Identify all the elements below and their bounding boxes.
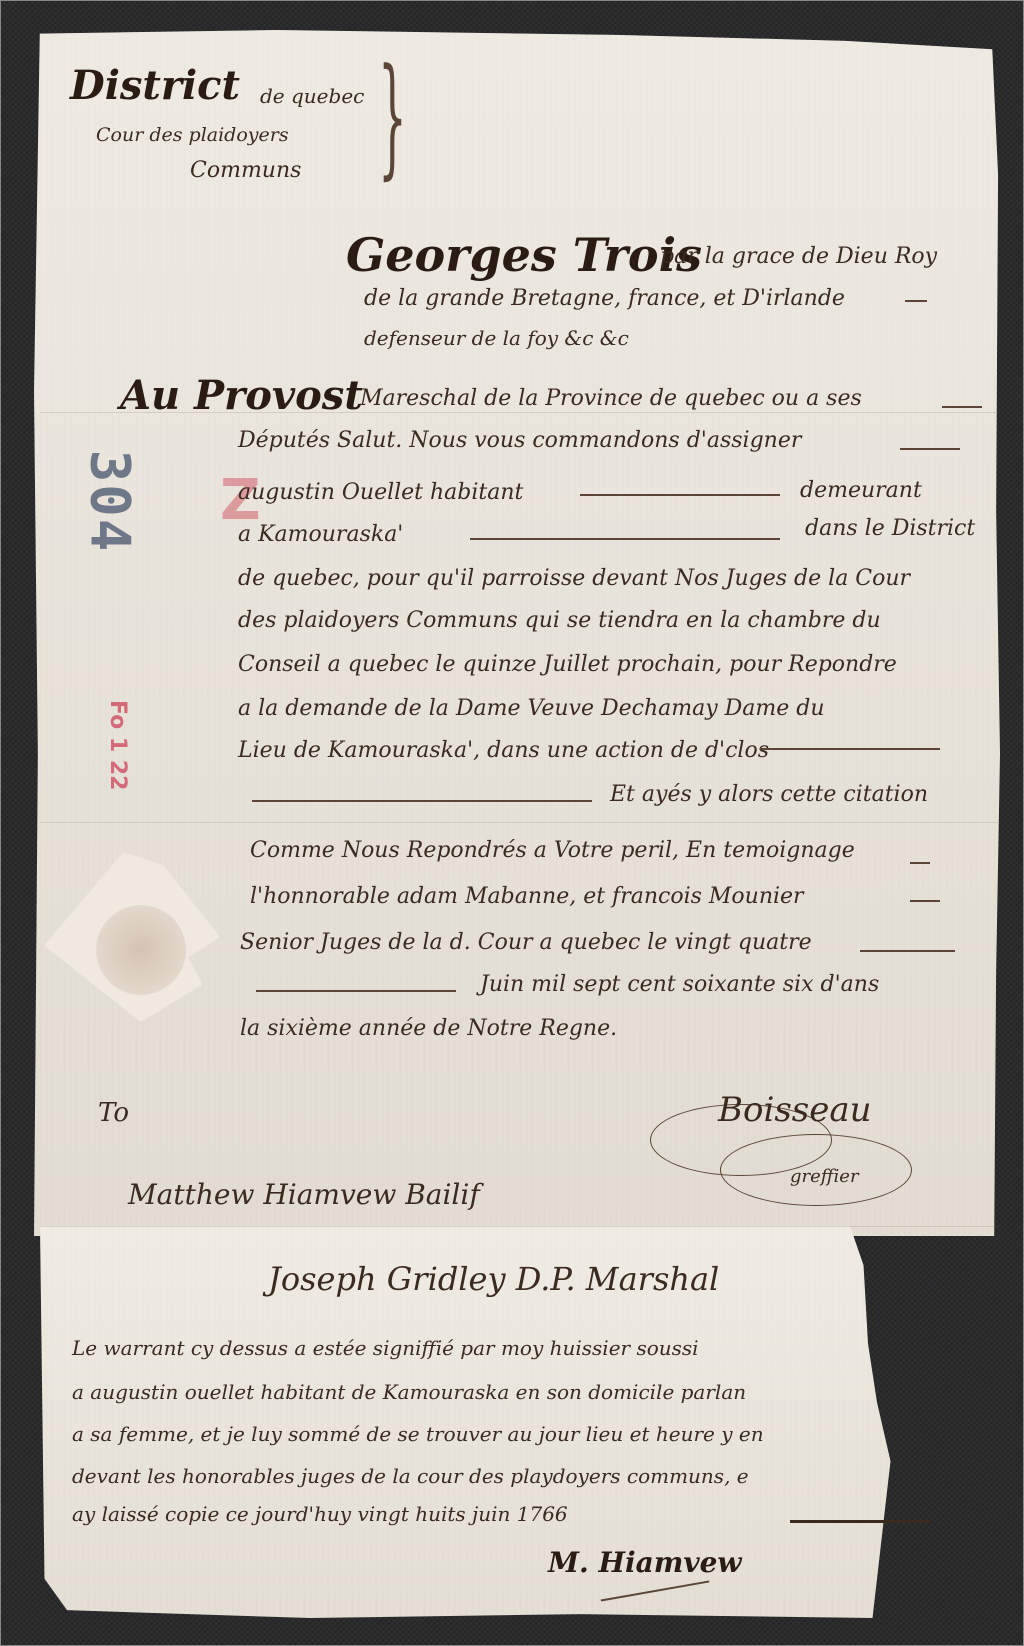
body-line: la sixième année de Notre Regne. [240,1016,617,1041]
endorsement-to: To [98,1098,129,1128]
return-line: ay laissé copie ce jourd'huy vingt huits… [72,1502,568,1526]
archive-stamp-number: 304 [78,450,141,554]
return-line: Le warrant cy dessus a estée signiffié p… [72,1336,699,1360]
fold-line [40,1226,1000,1227]
dash-line [905,300,927,302]
body-line: Lieu de Kamouraska', dans une action de … [238,738,769,763]
return-line: a sa femme, et je luy sommé de se trouve… [72,1422,764,1446]
red-marginal-note: Fo 1 22 [105,700,130,791]
body-line: Senior Juges de la d. Cour a quebec le v… [240,930,812,955]
body-line: de quebec, pour qu'il parroisse devant N… [238,566,910,591]
body-line: Mareschal de la Province de quebec ou a … [360,386,862,411]
endorsement-signed: Joseph Gridley D.P. Marshal [268,1260,719,1298]
brace-icon: } [378,40,407,192]
blank-fill-line [580,494,780,496]
document-sheet-upper [34,30,1000,1236]
body-line: dans le District [805,516,975,541]
blank-fill-line [252,800,592,802]
wax-seal-stain [96,905,186,995]
header-communs: Communs [190,158,301,183]
body-line: augustin Ouellet habitant [238,480,523,505]
body-au-provost: Au Provost [120,372,363,419]
dash-line [790,1520,930,1523]
dash-line [910,862,930,864]
body-line: des plaidoyers Communs qui se tiendra en… [238,608,881,633]
body-line: a Kamouraska' [238,522,403,547]
dash-line [860,950,955,952]
return-line: devant les honorables juges de la cour d… [72,1464,749,1488]
title-georges-trois: Georges Trois [346,228,702,282]
title-line2: de la grande Bretagne, france, et D'irla… [364,286,845,311]
dash-line [910,900,940,902]
body-line: Juin mil sept cent soixante six d'ans [480,972,879,997]
header-district: District [70,62,240,109]
header-court: Cour des plaidoyers [96,124,289,146]
title-line1: par la grace de Dieu Roy [660,244,937,269]
fold-line [40,822,1000,823]
body-line: a la demande de la Dame Veuve Dechamay D… [238,696,825,721]
title-line3: defenseur de la foy &c &c [364,326,629,350]
blank-fill-line [470,538,780,540]
body-line: Députés Salut. Nous vous commandons d'as… [238,428,801,453]
header-district-name: de quebec [260,84,364,108]
body-line: Et ayés y alors cette citation [610,782,928,807]
clerk-title: greffier [790,1166,859,1187]
body-line: Conseil a quebec le quinze Juillet proch… [238,652,897,677]
blank-fill-line [760,748,940,750]
clerk-signature: Boisseau [718,1090,872,1130]
dash-line [942,406,982,408]
dash-line [900,448,960,450]
body-line: demeurant [800,478,922,503]
return-line: a augustin ouellet habitant de Kamourask… [72,1380,746,1404]
endorsement-addressee: Matthew Hiamvew Bailif [128,1178,480,1211]
blank-fill-line [256,990,456,992]
body-line: l'honnorable adam Mabanne, et francois M… [250,884,804,909]
bailiff-signature: M. Hiamvew [548,1546,742,1579]
body-line: Comme Nous Repondrés a Votre peril, En t… [250,838,855,863]
